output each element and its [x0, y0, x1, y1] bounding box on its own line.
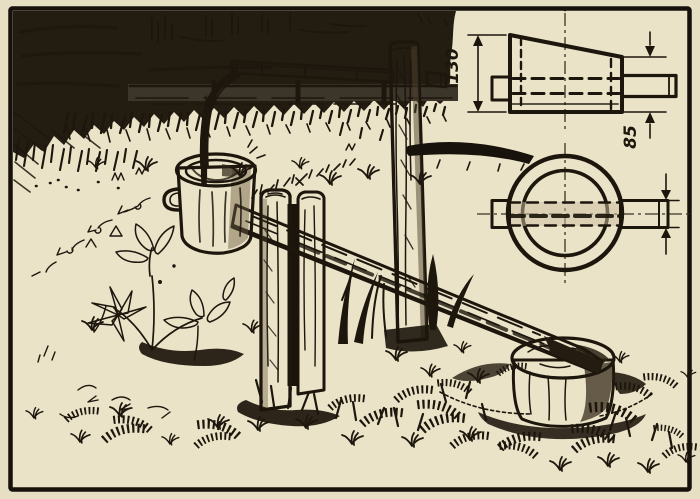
dimension-130-label: 130 — [443, 48, 463, 84]
fence-rail — [128, 83, 458, 104]
centerline-dot — [564, 9, 567, 12]
dimension-85-label: 85 — [621, 125, 641, 149]
plant-dot-2 — [172, 264, 175, 267]
plant-dot-1 — [158, 280, 162, 284]
scanned-illustration-page: 130 85 — [0, 0, 700, 499]
front-post-shade — [262, 198, 268, 408]
illustration-canvas: 130 85 — [0, 0, 700, 499]
